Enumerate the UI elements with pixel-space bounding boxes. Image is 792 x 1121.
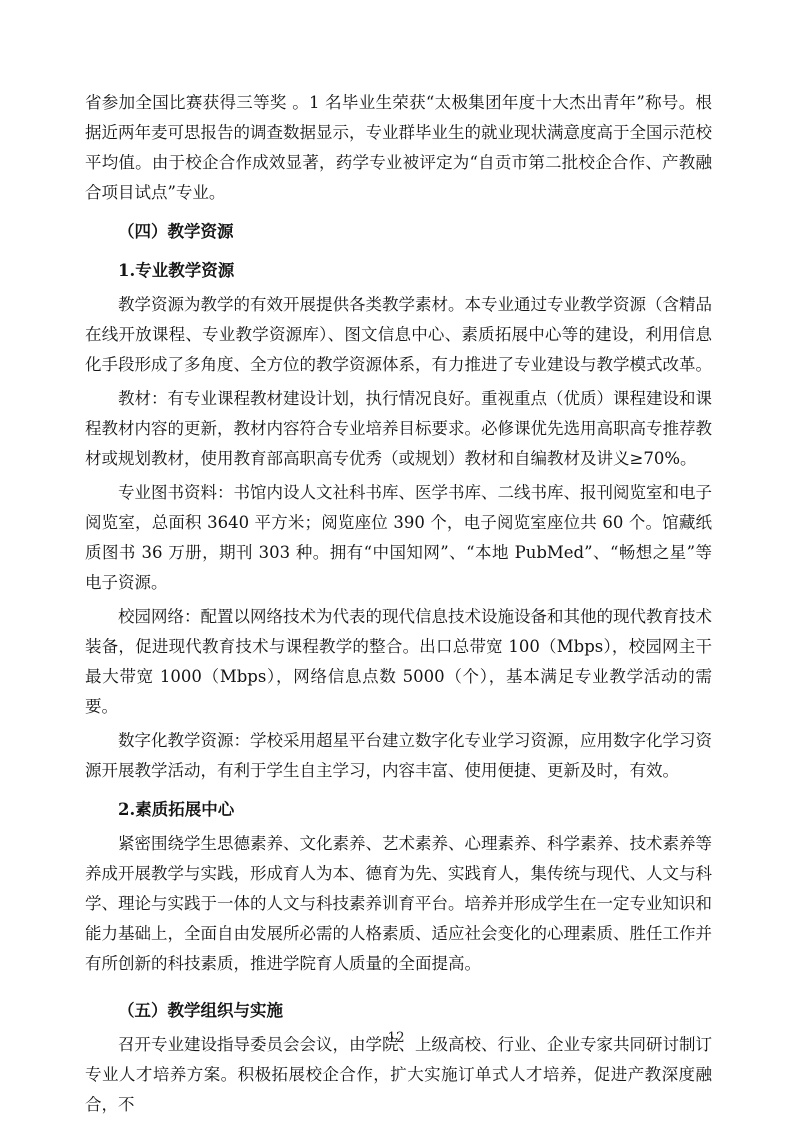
- page-number: 12: [0, 1028, 792, 1048]
- section-heading-4-teaching-resources: （四）教学资源: [85, 217, 712, 247]
- subheading-1-professional-teaching-resources: 1.专业教学资源: [85, 256, 712, 286]
- paragraph-library-materials: 专业图书资料：书馆内设人文社科书库、医学书库、二线书库、报刊阅览室和电子阅览室，…: [85, 478, 712, 598]
- paragraph-employment-awards: 省参加全国比赛获得三等奖 。1 名毕业生荣获“太极集团年度十大杰出青年”称号。根…: [85, 88, 712, 208]
- document-body: 省参加全国比赛获得三等奖 。1 名毕业生荣获“太极集团年度十大杰出青年”称号。根…: [85, 88, 712, 1120]
- paragraph-quality-development: 紧密围绕学生思德素养、文化素养、艺术素养、心理素养、科学素养、技术素养等养成开展…: [85, 829, 712, 979]
- section-heading-5-teaching-organization: （五）教学组织与实施: [85, 996, 712, 1026]
- paragraph-teaching-resources-overview: 教学资源为教学的有效开展提供各类教学素材。本专业通过专业教学资源（含精品在线开放…: [85, 290, 712, 380]
- document-page: { "page": { "background_color": "#ffffff…: [0, 0, 792, 1121]
- paragraph-digital-teaching-resources: 数字化教学资源：学校采用超星平台建立数字化专业学习资源，应用数字化学习资源开展教…: [85, 726, 712, 786]
- paragraph-textbooks: 教材：有专业课程教材建设计划，执行情况良好。重视重点（优质）课程建设和课程教材内…: [85, 384, 712, 474]
- paragraph-campus-network: 校园网络：配置以网络技术为代表的现代信息技术设施设备和其他的现代教育技术装备，促…: [85, 602, 712, 722]
- subheading-2-quality-development-center: 2.素质拓展中心: [85, 795, 712, 825]
